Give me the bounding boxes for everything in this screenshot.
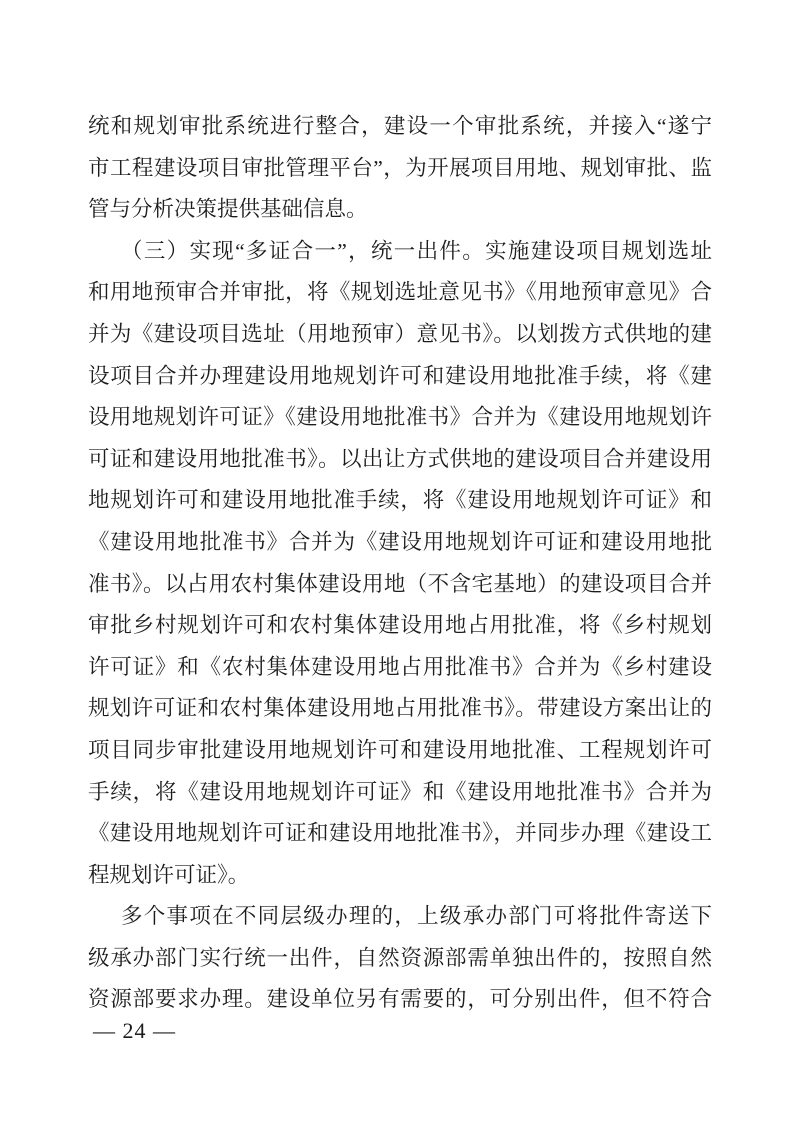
text-line: 设用地规划许可证》《建设用地批准书》合并为《建设用地规划许 [88,397,712,439]
text-line: 市工程建设项目审批管理平台”，为开展项目用地、规划审批、监 [88,148,712,190]
text-line: （三）实现“多证合一”，统一出件。实施建设项目规划选址 [88,231,712,273]
text-line: 程规划许可证》。 [88,855,712,897]
text-line: 统和规划审批系统进行整合，建设一个审批系统，并接入“遂宁 [88,106,712,148]
text-line: 级承办部门实行统一出件，自然资源部需单独出件的，按照自然 [88,938,712,980]
page-number: — 24 — [93,1019,176,1043]
text-line: 多个事项在不同层级办理的，上级承办部门可将批件寄送下 [88,896,712,938]
text-line: 《建设用地规划许可证和建设用地批准书》，并同步办理《建设工 [88,813,712,855]
text-line: 准书》。以占用农村集体建设用地（不含宅基地）的建设项目合并 [88,564,712,606]
text-line: 规划许可证和农村集体建设用地占用批准书》。带建设方案出让的 [88,688,712,730]
text-line: 管与分析决策提供基础信息。 [88,189,712,231]
document-page: 统和规划审批系统进行整合，建设一个审批系统，并接入“遂宁市工程建设项目审批管理平… [0,0,793,1122]
text-line: 《建设用地批准书》合并为《建设用地规划许可证和建设用地批 [88,522,712,564]
text-line: 和用地预审合并审批，将《规划选址意见书》《用地预审意见》合 [88,272,712,314]
document-body: 统和规划审批系统进行整合，建设一个审批系统，并接入“遂宁市工程建设项目审批管理平… [88,106,712,1021]
text-line: 资源部要求办理。建设单位另有需要的，可分别出件，但不符合 [88,979,712,1021]
para-1: 统和规划审批系统进行整合，建设一个审批系统，并接入“遂宁市工程建设项目审批管理平… [88,106,712,231]
text-line: 项目同步审批建设用地规划许可和建设用地批准、工程规划许可 [88,730,712,772]
para-2: （三）实现“多证合一”，统一出件。实施建设项目规划选址和用地预审合并审批，将《规… [88,231,712,897]
text-line: 并为《建设项目选址（用地预审）意见书》。以划拨方式供地的建 [88,314,712,356]
text-line: 可证和建设用地批准书》。以出让方式供地的建设项目合并建设用 [88,439,712,481]
text-line: 设项目合并办理建设用地规划许可和建设用地批准手续，将《建 [88,356,712,398]
para-3: 多个事项在不同层级办理的，上级承办部门可将批件寄送下级承办部门实行统一出件，自然… [88,896,712,1021]
text-line: 手续，将《建设用地规划许可证》和《建设用地批准书》合并为 [88,772,712,814]
text-line: 地规划许可和建设用地批准手续，将《建设用地规划许可证》和 [88,480,712,522]
text-line: 许可证》和《农村集体建设用地占用批准书》合并为《乡村建设 [88,647,712,689]
text-line: 审批乡村规划许可和农村集体建设用地占用批准，将《乡村规划 [88,605,712,647]
